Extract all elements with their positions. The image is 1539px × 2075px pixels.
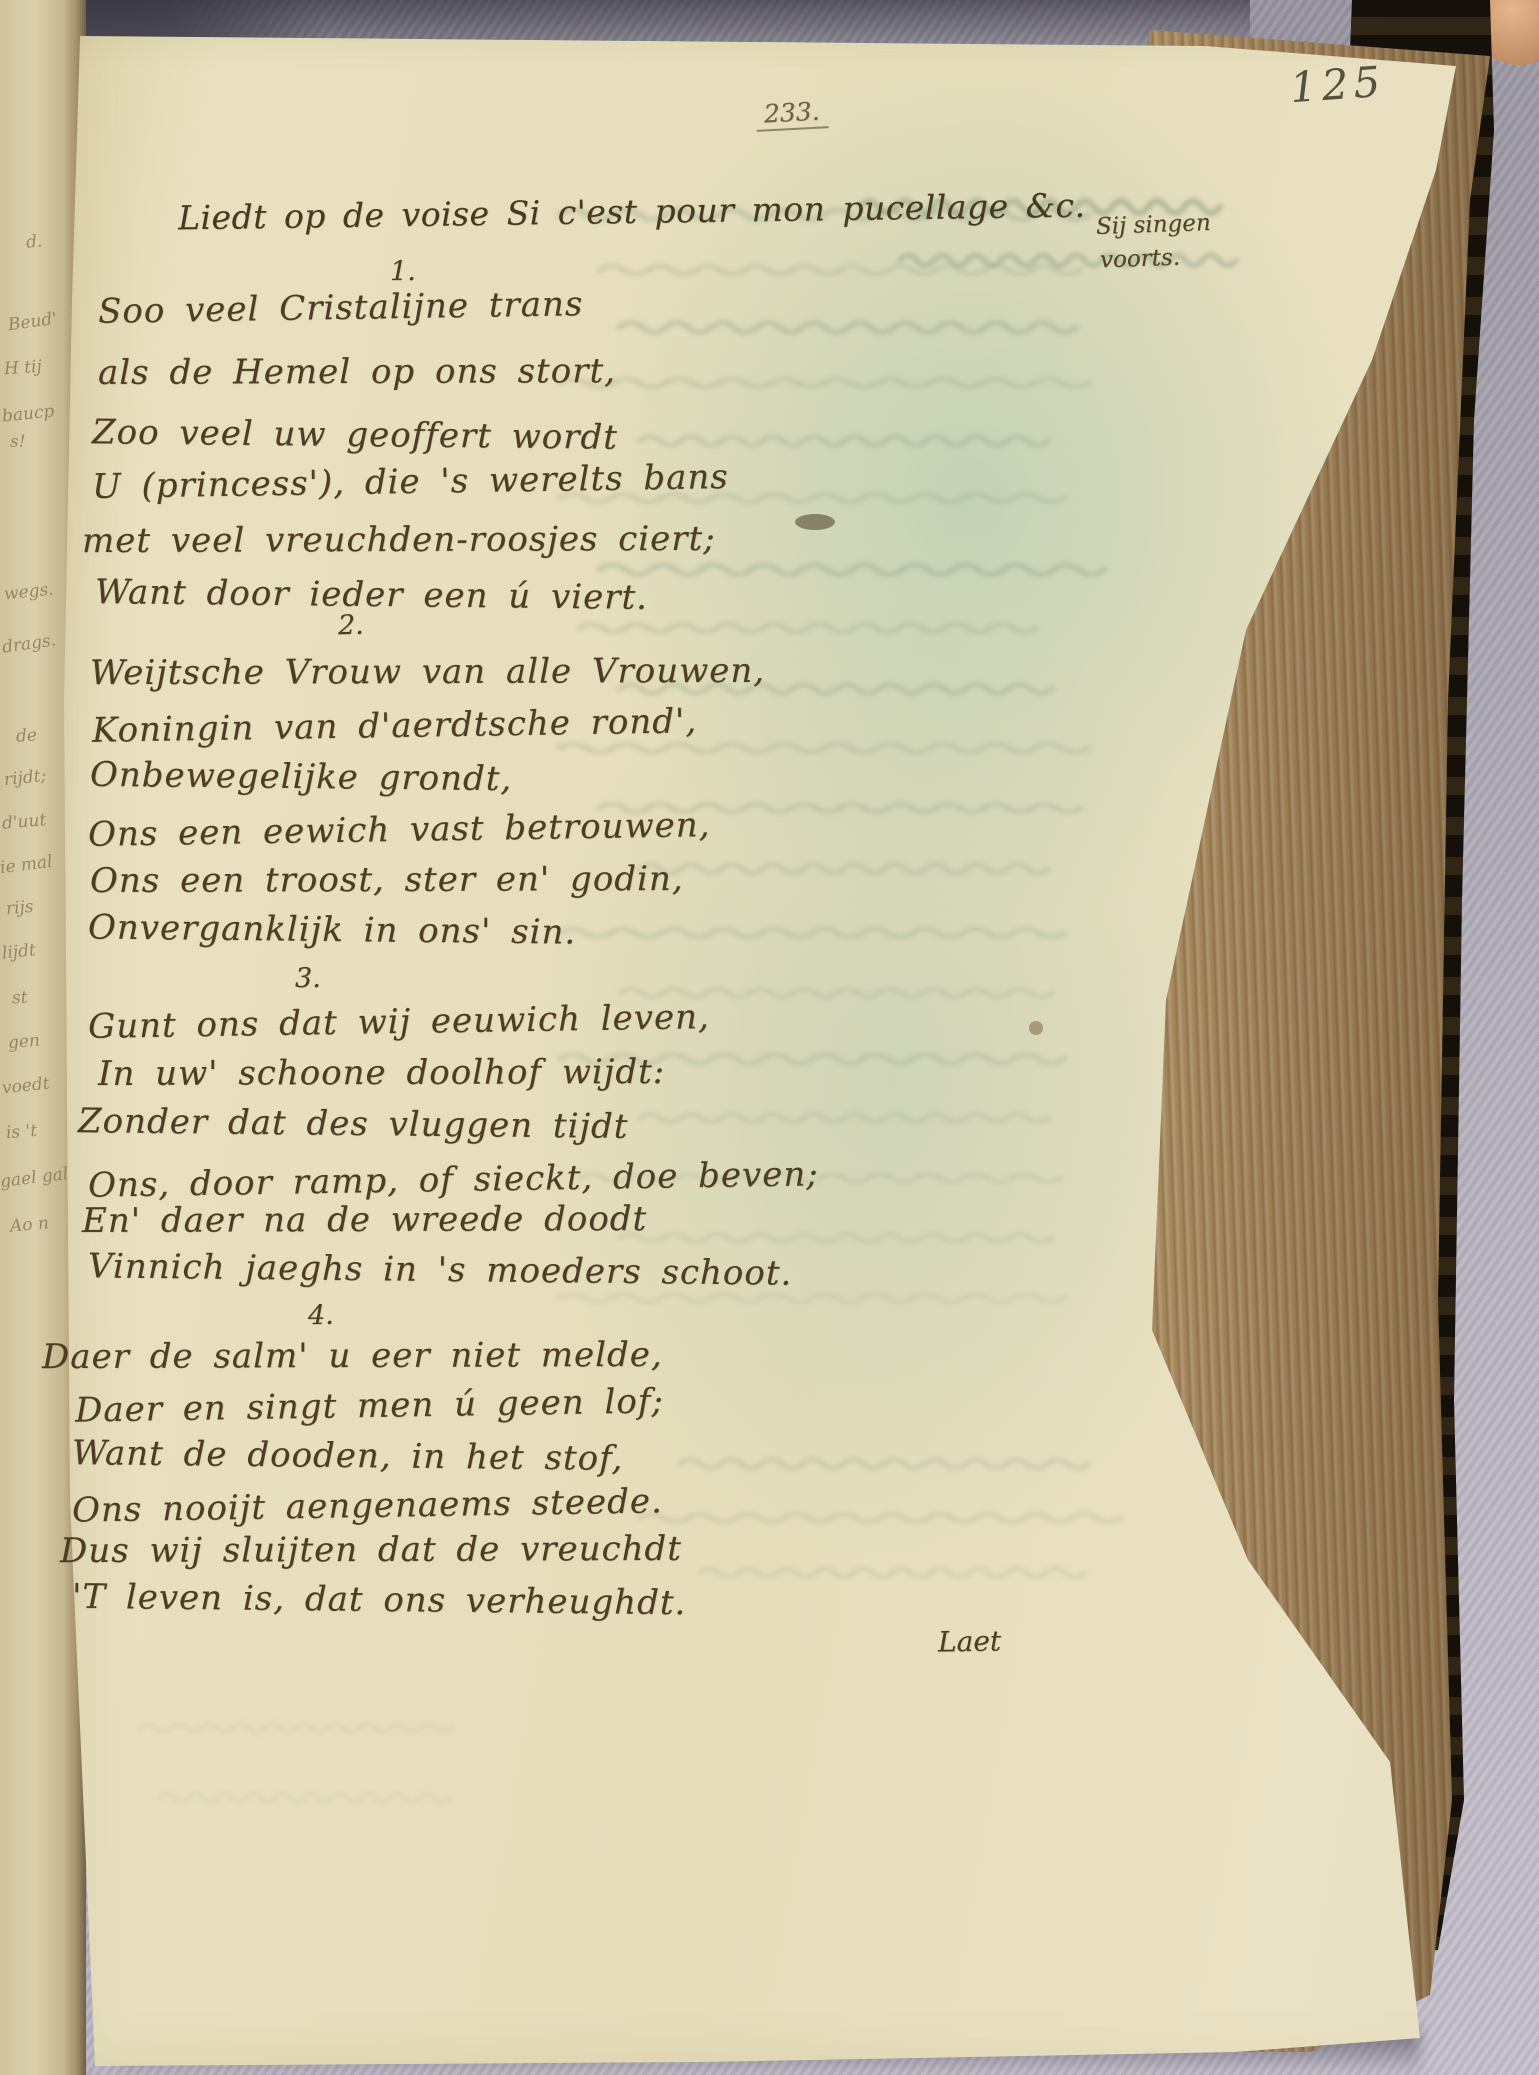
verse-line: In uw' schoone doolhof wijdt: (98, 1052, 665, 1094)
margin-fragment: de (15, 725, 37, 746)
margin-fragment: d'uut (1, 810, 47, 834)
margin-note-line: voorts. (1100, 245, 1181, 274)
verse-line: Ons een troost, ster en' godin, (90, 859, 684, 901)
verse-line: Onbewegelijke grondt, (90, 755, 513, 799)
margin-fragment: Beud' (7, 309, 58, 336)
verse-line: Zoo veel uw geoffert wordt (92, 412, 618, 458)
verse-line: En' daer na de wreede doodt (82, 1199, 647, 1241)
verse-line: Zonder dat des vluggen tijdt (78, 1101, 629, 1147)
margin-fragment: wegs. (3, 579, 54, 604)
verse-line: Dus wij sluijten dat de vreuchdt (60, 1529, 682, 1571)
margin-fragment: ie mal (0, 852, 54, 878)
verse-line: 'T leven is, dat ons verheughdt. (72, 1577, 687, 1623)
margin-fragment: rijs (5, 897, 34, 919)
stanza-number: 3. (295, 963, 321, 994)
margin-fragment: baucp (1, 401, 55, 426)
margin-fragment: H tij (3, 357, 42, 380)
margin-fragment: Ao n (9, 1213, 49, 1236)
verse-line: met veel vreuchden-roosjes ciert; (82, 519, 716, 561)
margin-fragment: drags. (1, 630, 57, 657)
margin-fragment: gen (7, 1031, 41, 1054)
verse-line: Want de dooden, in het stof, (72, 1433, 624, 1479)
stanza-number: 1. (390, 256, 416, 287)
margin-fragment: st (11, 988, 28, 1009)
margin-fragment: gael gal (0, 1164, 69, 1192)
song-number: 233. (755, 96, 828, 132)
verse-line: Vinnich jaeghs in 's moeders schoot. (88, 1246, 793, 1293)
margin-fragment: d. (25, 231, 43, 252)
verse-line: Soo veel Cristalijne trans (98, 284, 584, 332)
verse-line: als de Hemel op ons stort, (98, 351, 616, 393)
catchword: Laet (938, 1624, 1002, 1658)
manuscript-photo: d. Beud' H tij baucp s! wegs. drags. de … (0, 0, 1539, 2075)
margin-fragment: s! (10, 432, 26, 452)
verse-line: Want door ieder een ú viert. (95, 572, 648, 618)
stanza-number: 4. (308, 1300, 334, 1331)
margin-fragment: lijdt (1, 940, 37, 963)
verse-line: Weijtsche Vrouw van alle Vrouwen, (90, 651, 765, 693)
margin-fragment: voedt (1, 1074, 50, 1099)
folio-number: 125 (1288, 57, 1386, 113)
margin-fragment: rijdt; (3, 766, 47, 790)
margin-fragment: is 't (5, 1121, 37, 1143)
verse-line: Daer de salm' u eer niet melde, (42, 1335, 663, 1377)
verse-line: Onverganklijk in ons' sin. (88, 907, 577, 952)
stanza-number: 2. (338, 610, 364, 641)
margin-note-line: Sij singen (1096, 210, 1212, 240)
